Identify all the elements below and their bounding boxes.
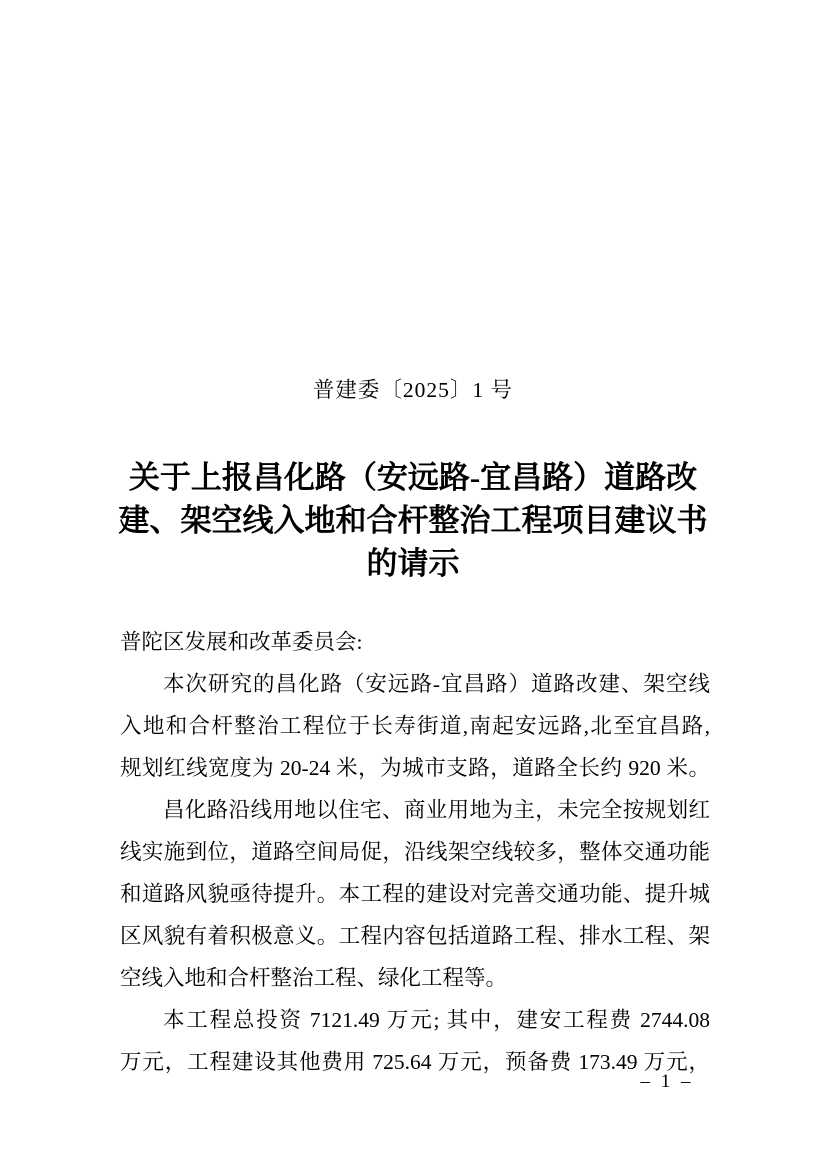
document-title: 关于上报昌化路（安远路-宜昌路）道路改 建、架空线入地和合杆整治工程项目建议书 … [104,456,722,585]
document-number: 普建委〔2025〕1 号 [118,377,708,403]
body-line: 区风貌有着积极意义。工程内容包括道路工程、排水工程、架 [120,915,710,957]
document-title-line-1: 关于上报昌化路（安远路-宜昌路）道路改 [104,456,722,499]
body-line: 昌化路沿线用地以住宅、商业用地为主，未完全按规划红 [120,789,710,831]
body-line: 线实施到位，道路空间局促，沿线架空线较多，整体交通功能 [120,831,710,873]
body-line: 本次研究的昌化路（安远路-宜昌路）道路改建、架空线 [120,663,710,705]
document-page: 普建委〔2025〕1 号 关于上报昌化路（安远路-宜昌路）道路改 建、架空线入地… [0,0,826,1169]
document-body: 普陀区发展和改革委员会: 本次研究的昌化路（安远路-宜昌路）道路改建、架空线 入… [120,621,710,1083]
body-line: 空线入地和合杆整治工程、绿化工程等。 [120,957,710,999]
body-line: 和道路风貌亟待提升。本工程的建设对完善交通功能、提升城 [120,873,710,915]
body-line: 规划红线宽度为 20-24 米，为城市支路，道路全长约 920 米。 [120,747,710,789]
salutation: 普陀区发展和改革委员会: [120,621,710,663]
page-number: – 1 – [627,1070,707,1094]
body-line: 本工程总投资 7121.49 万元; 其中，建安工程费 2744.08 [120,999,710,1041]
document-title-line-2: 建、架空线入地和合杆整治工程项目建议书 [104,499,722,542]
body-line: 入地和合杆整治工程位于长寿街道,南起安远路,北至宜昌路, [120,705,710,747]
body-line: 万元，工程建设其他费用 725.64 万元，预备费 173.49 万元， [120,1041,710,1083]
document-title-line-3: 的请示 [104,542,722,585]
